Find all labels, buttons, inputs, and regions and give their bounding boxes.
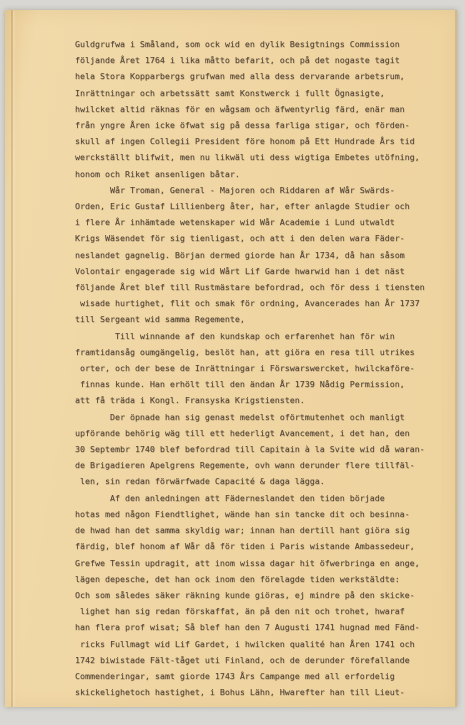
page-text: Guldgrufwa i Småland, som ock wid en dyl… (75, 36, 425, 700)
paper-right-edge (455, 10, 457, 707)
scanned-document: Guldgrufwa i Småland, som ock wid en dyl… (0, 0, 465, 725)
document-page: Guldgrufwa i Småland, som ock wid en dyl… (5, 10, 457, 707)
fold-line (11, 10, 13, 707)
